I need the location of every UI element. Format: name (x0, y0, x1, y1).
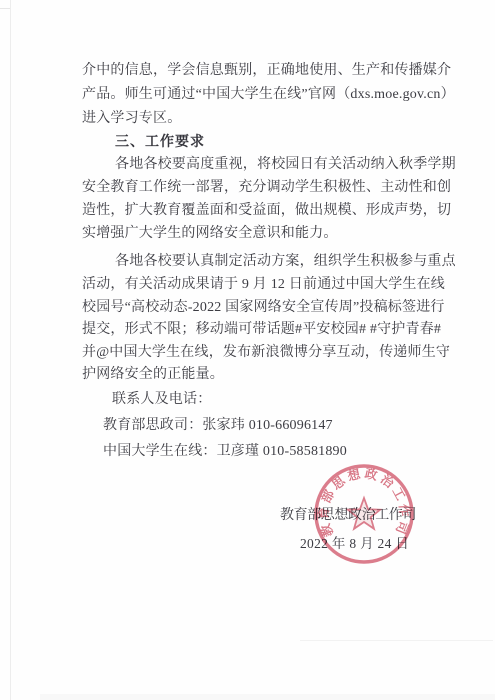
contact-line: 教育部思政司：张家玮 010-66096147 (82, 417, 483, 434)
body-line: 各地各校要高度重视，将校园日有关活动纳入秋季学期 (82, 156, 495, 173)
scan-artifact-line (300, 640, 493, 641)
seal-star-icon (348, 498, 380, 529)
body-line: 实增强广大学生的网络安全意识和能力。 (82, 225, 462, 242)
scanned-document-page: 介中的信息，学会信息甄别，正确地使用、生产和传播媒介 产品。师生可通过“中国大学… (0, 0, 495, 700)
contact-line: 中国大学生在线：卫彦瑾 010-58581890 (82, 443, 483, 460)
body-line: 造性，扩大教育覆盖面和受益面，做出规模、形成声势，切 (82, 202, 462, 219)
body-line: 活动，有关活动成果请于 9 月 12 日前通过中国大学生在线 (82, 276, 462, 293)
body-line: 各地各校要认真制定活动方案，组织学生积极参与重点 (82, 253, 495, 270)
body-line: 护网络安全的正能量。 (82, 366, 462, 383)
body-line: 提交，形式不限；移动端可带话题#平安校园# #守护青春# (82, 321, 462, 338)
body-line: 校园号“高校动态-2022 国家网络安全宣传周”投稿标签进行 (82, 299, 462, 316)
body-line: 介中的信息，学会信息甄别，正确地使用、生产和传播媒介 (82, 62, 462, 79)
body-line: 产品。师生可通过“中国大学生在线”官网（dxs.moe.gov.cn） (82, 86, 462, 103)
scan-edge-vertical-line (10, 0, 11, 700)
scan-bottom-shadow (40, 694, 495, 700)
section-heading: 三、工作要求 (82, 133, 495, 150)
official-red-seal: 教育部思想政治工作司 (309, 459, 419, 569)
body-line: 安全教育工作统一部署，充分调动学生积极性、主动性和创 (82, 179, 462, 196)
body-line: 并@中国大学生在线，发布新浪微博分享互动，传递师生守 (82, 344, 462, 361)
body-line: 进入学习专区。 (82, 110, 462, 127)
scan-edge-horizontal-line (0, 8, 10, 9)
contact-heading: 联系人及电话： (82, 391, 492, 408)
